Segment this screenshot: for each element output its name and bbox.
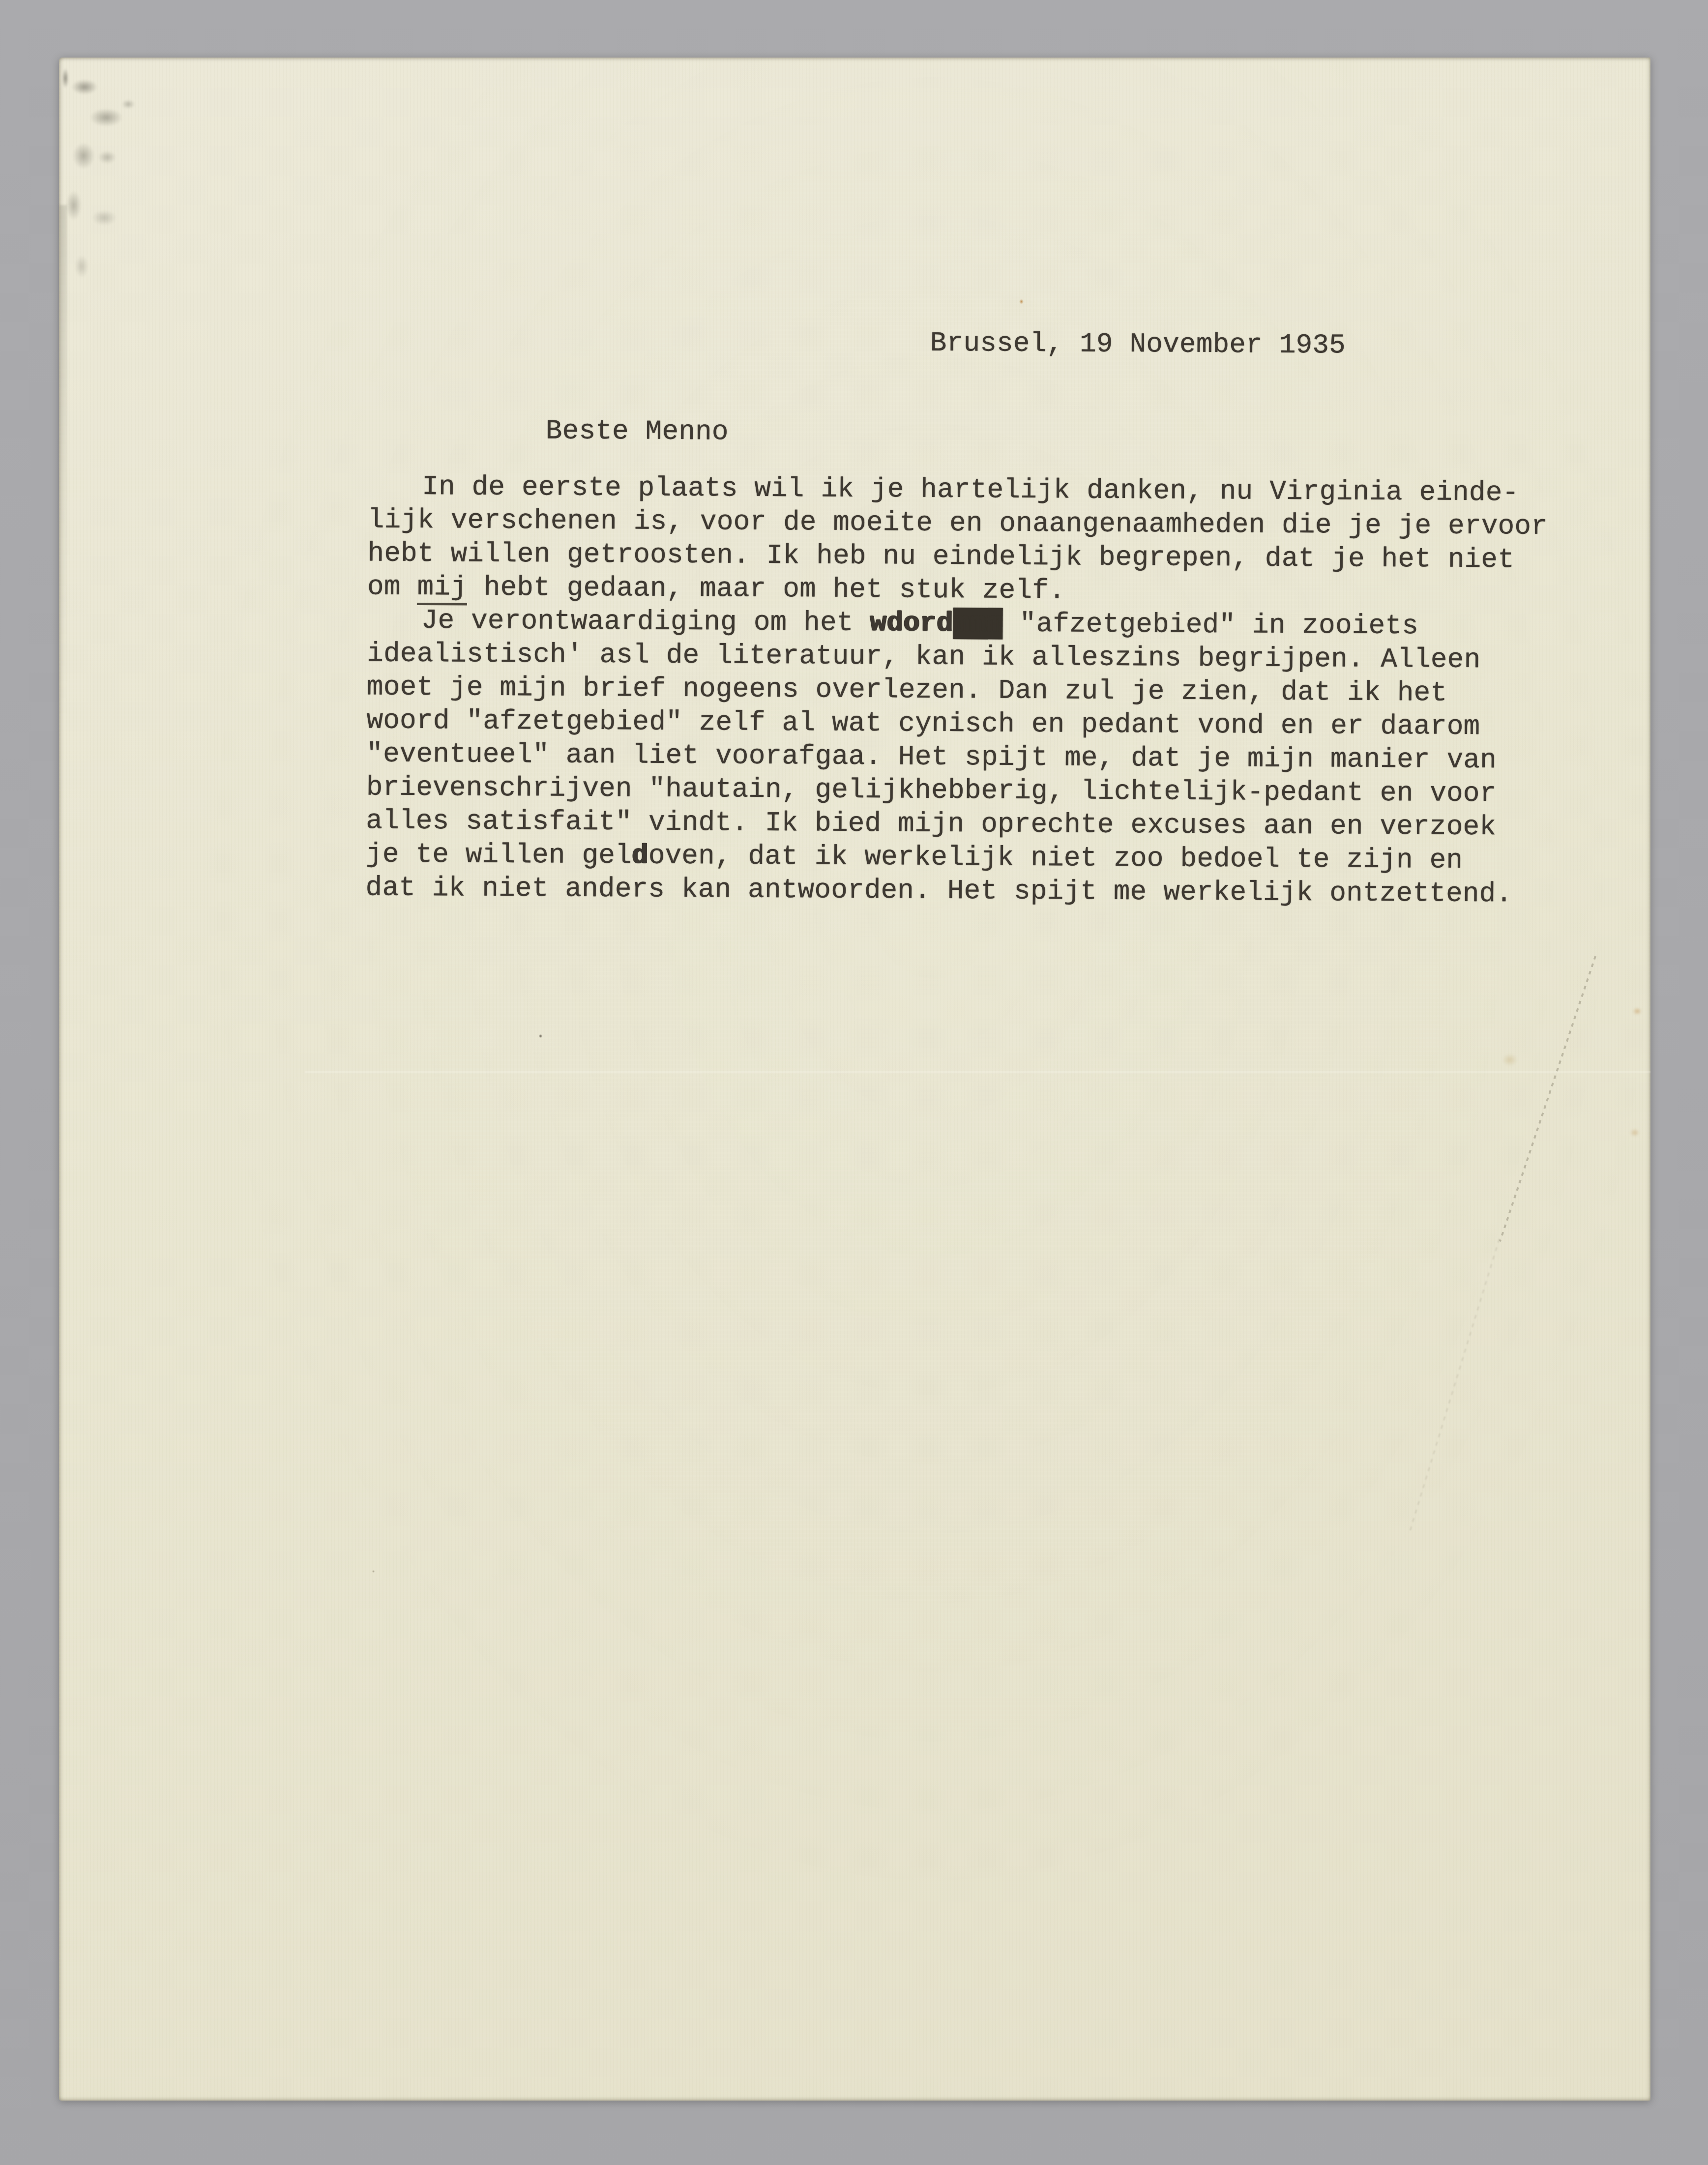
line-text: In de eerste plaats wil ik je hartelijk … <box>422 471 1519 508</box>
line-text: alles satisfait" vindt. Ik bied mijn opr… <box>366 805 1496 843</box>
word-blackout: mmm <box>953 608 1003 640</box>
line-text: woord "afzetgebied" zelf al wat cynisch … <box>366 704 1480 742</box>
line-text: idealistisch' asl de literatuur, kan ik … <box>367 638 1480 675</box>
letter-paper: Brussel, 19 November 1935 Beste Menno In… <box>59 58 1650 2101</box>
line-text: "afzetgebied" in zooiets <box>1003 608 1418 642</box>
letter-salutation: Beste Menno <box>546 414 729 448</box>
word-underline: mij <box>417 571 467 606</box>
line-text: moet je mijn brief nogeens overlezen. Da… <box>367 671 1447 708</box>
line-text: hebt gedaan, maar om het stuk zelf. <box>467 572 1065 607</box>
line-text: lijk verschenen is, voor de moeite en on… <box>368 504 1548 542</box>
letter-dateline: Brussel, 19 November 1935 <box>930 326 1346 362</box>
word-typeover: wdord <box>870 607 953 639</box>
line-text: om <box>367 571 417 603</box>
line-text: oven, dat ik werkelijk niet zoo bedoel t… <box>648 840 1463 876</box>
letter-text-layer: Brussel, 19 November 1935 Beste Menno In… <box>52 53 1654 2105</box>
scan-background: Brussel, 19 November 1935 Beste Menno In… <box>0 0 1708 2165</box>
line-text: "eventueel" aan liet voorafgaa. Het spij… <box>366 738 1497 776</box>
line-text: dat ik niet anders kan antwoorden. Het s… <box>365 872 1512 909</box>
letter-body: In de eerste plaats wil ik je hartelijk … <box>365 469 1548 910</box>
line-text: brievenschrijven "hautain, gelijkhebberi… <box>366 771 1497 809</box>
line-text: hebt willen getroosten. Ik heb nu eindel… <box>367 537 1514 575</box>
line-text: je te willen gel <box>366 838 632 871</box>
letter-line: dat ik niet anders kan antwoorden. Het s… <box>365 871 1546 910</box>
word-typeover: d <box>632 840 648 871</box>
line-text: Je verontwaardiging om het <box>421 605 870 639</box>
